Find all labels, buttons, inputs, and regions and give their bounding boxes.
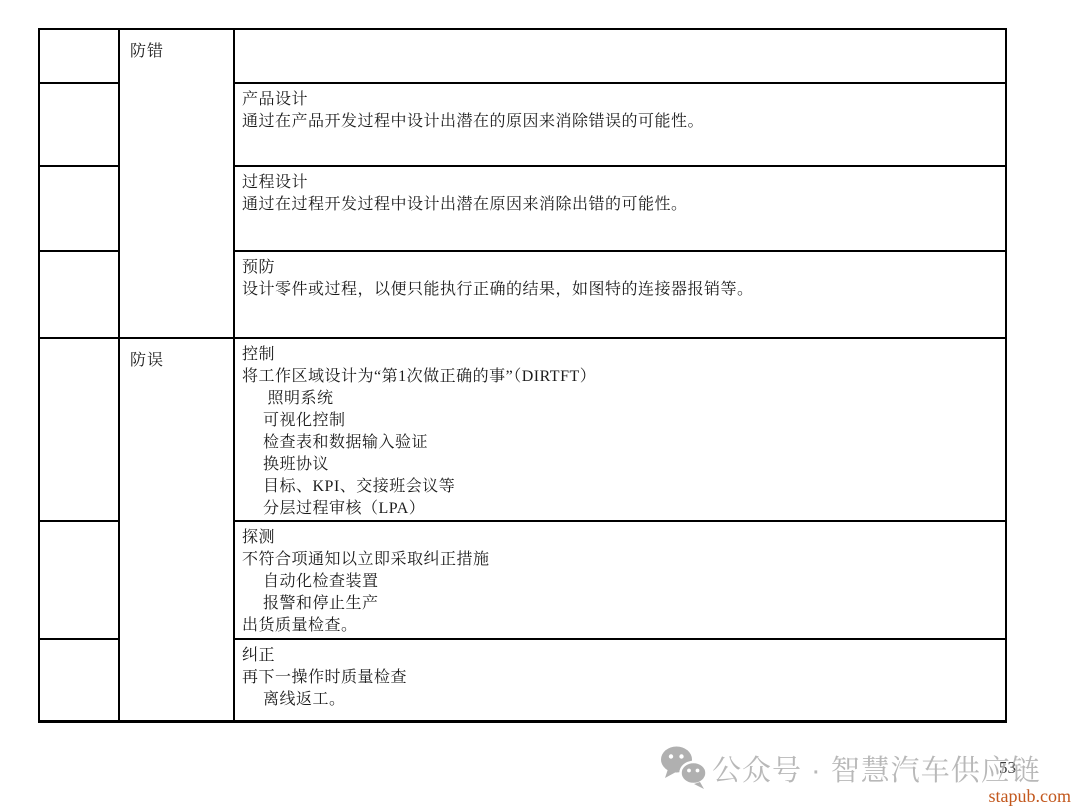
- error-proofing-table: 防错 防误 产品设计 通过在产品开发过程中设计出潜在的原因来消除错误的可能性。 …: [38, 28, 1007, 723]
- wechat-icon: [660, 746, 708, 790]
- group-cell-mistake-proofing: 防误: [120, 339, 235, 720]
- cell-text: 产品设计 通过在产品开发过程中设计出潜在的原因来消除错误的可能性。: [235, 84, 1005, 133]
- page-footer: 53 公众号 · 智慧汽车供应链 stapub.com: [0, 735, 1080, 810]
- table-cell: [40, 84, 120, 167]
- cell-text: 控制 将工作区域设计为“第1次做正确的事”（DIRTFT） 照明系统 可视化控制…: [235, 339, 1005, 520]
- cell-text: [235, 30, 1005, 35]
- group-label: 防错: [120, 30, 233, 61]
- table-cell: [40, 167, 120, 252]
- content-cell-detection: 探测 不符合项通知以立即采取纠正措施 自动化检查装置 报警和停止生产 出货质量检…: [235, 522, 1005, 640]
- content-cell-correction: 纠正 再下一操作时质量检查 离线返工。: [235, 640, 1005, 720]
- watermark-text: 公众号 · 智慧汽车供应链: [712, 748, 1041, 789]
- table-cell: [40, 522, 120, 640]
- table-cell: [40, 252, 120, 339]
- table-cell: [40, 339, 120, 522]
- content-cell-prevention: 预防 设计零件或过程，以便只能执行正确的结果，如图特的连接器报销等。: [235, 252, 1005, 339]
- group-cell-error-proofing: 防错: [120, 30, 235, 339]
- table-cell: [40, 640, 120, 720]
- site-watermark: stapub.com: [989, 786, 1072, 807]
- cell-text: 预防 设计零件或过程，以便只能执行正确的结果，如图特的连接器报销等。: [235, 252, 1005, 301]
- cell-text: 过程设计 通过在过程开发过程中设计出潜在原因来消除出错的可能性。: [235, 167, 1005, 216]
- table-cell: [40, 30, 120, 84]
- content-cell-process-design: 过程设计 通过在过程开发过程中设计出潜在原因来消除出错的可能性。: [235, 167, 1005, 252]
- group-label: 防误: [120, 339, 233, 370]
- cell-text: 探测 不符合项通知以立即采取纠正措施 自动化检查装置 报警和停止生产 出货质量检…: [235, 522, 1005, 637]
- content-cell-empty: [235, 30, 1005, 84]
- cell-text: 纠正 再下一操作时质量检查 离线返工。: [235, 640, 1005, 711]
- content-cell-product-design: 产品设计 通过在产品开发过程中设计出潜在的原因来消除错误的可能性。: [235, 84, 1005, 167]
- content-cell-control: 控制 将工作区域设计为“第1次做正确的事”（DIRTFT） 照明系统 可视化控制…: [235, 339, 1005, 522]
